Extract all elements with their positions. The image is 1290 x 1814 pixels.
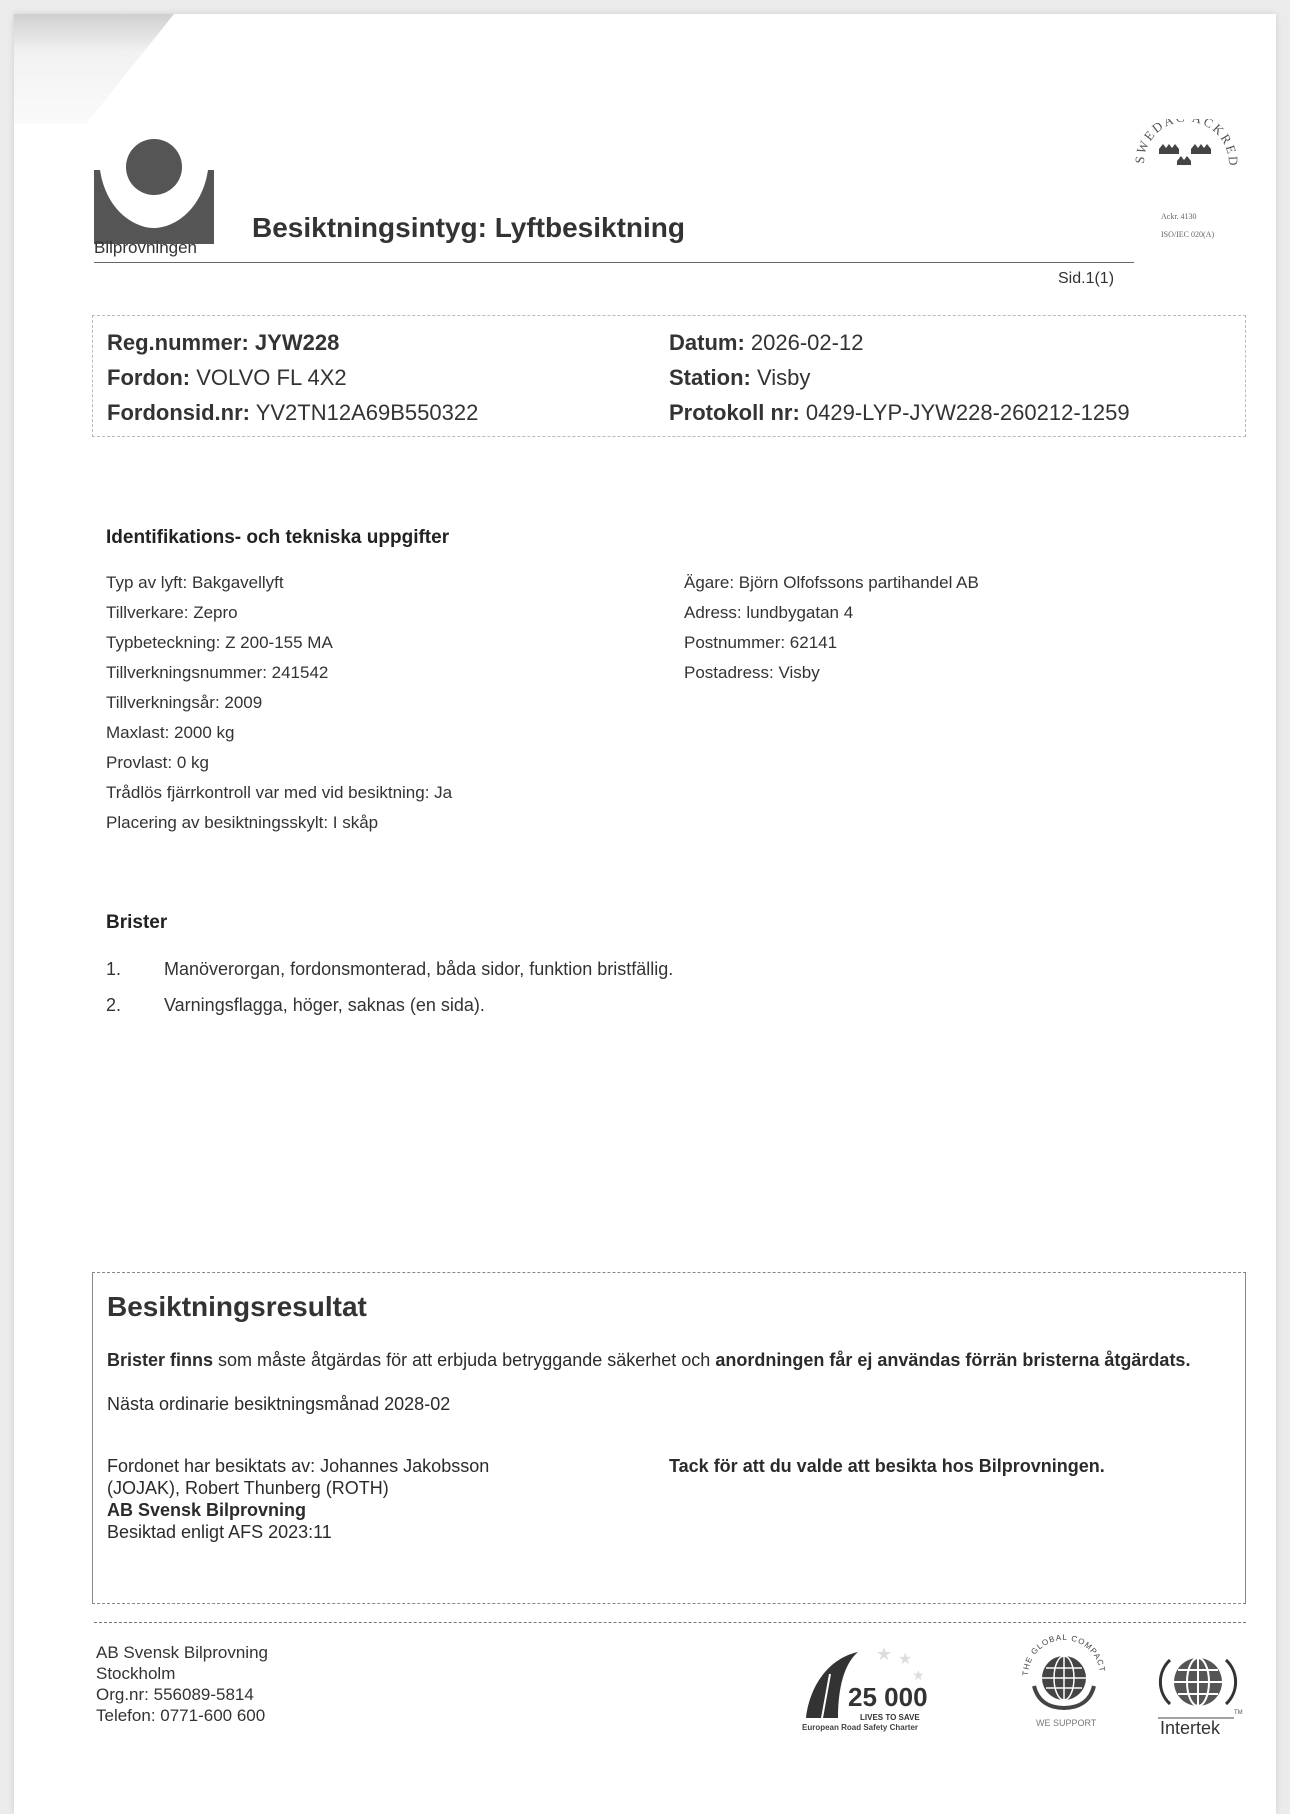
- thanks-text: Tack för att du valde att besikta hos Bi…: [669, 1455, 1105, 1477]
- vin-value: YV2TN12A69B550322: [256, 400, 479, 425]
- footer-org-number: Org.nr: 556089-5814: [96, 1684, 254, 1705]
- vin-field: Fordonsid.nr: YV2TN12A69B550322: [107, 400, 478, 426]
- technical-heading: Identifikations- och tekniska uppgifter: [106, 527, 449, 549]
- defect-text: Varningsflagga, höger, saknas (en sida).: [164, 995, 485, 1016]
- reg-label: Reg.nummer:: [107, 330, 249, 355]
- inspectors-line2: (JOJAK), Robert Thunberg (ROTH): [107, 1477, 389, 1499]
- station-value: Visby: [757, 365, 810, 390]
- technical-item: Tillverkare: Zepro: [106, 603, 238, 623]
- result-heading: Besiktningsresultat: [107, 1291, 367, 1323]
- road-safety-charter-badge: ★★★ 25 000 LIVES TO SAVE European Road S…: [800, 1634, 960, 1734]
- inspection-company: AB Svensk Bilprovning: [107, 1499, 306, 1521]
- station-field: Station: Visby: [669, 365, 810, 391]
- technical-item: Typbeteckning: Z 200-155 MA: [106, 633, 333, 653]
- reg-value: JYW228: [255, 330, 339, 355]
- swedac-seal-icon: SWEDAC ACKREDITERING Ackr. 4130 ISO/IEC …: [1129, 119, 1244, 254]
- protocol-label: Protokoll nr:: [669, 400, 800, 425]
- svg-text:TM: TM: [1234, 1710, 1243, 1716]
- svg-text:European Road Safety Charter: European Road Safety Charter: [802, 1723, 918, 1732]
- header-divider: [94, 262, 1134, 263]
- logo-text: Bilprovningen: [94, 238, 197, 258]
- station-label: Station:: [669, 365, 751, 390]
- result-box: Besiktningsresultat Brister finns som må…: [92, 1272, 1246, 1604]
- svg-text:25 000: 25 000: [848, 1682, 928, 1712]
- page-fold: [14, 14, 174, 124]
- technical-item: Tillverkningsnummer: 241542: [106, 663, 328, 683]
- svg-text:Intertek: Intertek: [1160, 1718, 1221, 1736]
- date-field: Datum: 2026-02-12: [669, 330, 863, 356]
- date-label: Datum:: [669, 330, 745, 355]
- owner-item: Postnummer: 62141: [684, 633, 837, 653]
- technical-item: Tillverkningsår: 2009: [106, 693, 262, 713]
- svg-text:★: ★: [912, 1667, 925, 1683]
- date-value: 2026-02-12: [751, 330, 864, 355]
- owner-item: Postadress: Visby: [684, 663, 820, 683]
- result-bold-defects: Brister finns: [107, 1350, 213, 1370]
- vehicle-value: VOLVO FL 4X2: [196, 365, 346, 390]
- footer-city: Stockholm: [96, 1663, 175, 1684]
- result-bold-usage: anordningen får ej användas förrän brist…: [715, 1350, 1190, 1370]
- defect-number: 1.: [106, 959, 121, 980]
- result-statement: Brister finns som måste åtgärdas för att…: [107, 1349, 1217, 1371]
- defects-heading: Brister: [106, 912, 167, 934]
- regulation: Besiktad enligt AFS 2023:11: [107, 1521, 332, 1543]
- defect-text: Manöverorgan, fordonsmonterad, båda sido…: [164, 959, 673, 980]
- page-indicator: Sid.1(1): [1058, 270, 1114, 288]
- intertek-badge: TM Intertek: [1148, 1626, 1248, 1736]
- footer-company: AB Svensk Bilprovning: [96, 1642, 268, 1663]
- technical-item: Placering av besiktningsskylt: I skåp: [106, 813, 378, 833]
- document-page: Bilprovningen Besiktningsintyg: Lyftbesi…: [14, 14, 1276, 1814]
- owner-item: Ägare: Björn Olfofssons partihandel AB: [684, 573, 979, 593]
- defect-number: 2.: [106, 995, 121, 1016]
- vehicle-info-box: Reg.nummer: JYW228 Fordon: VOLVO FL 4X2 …: [92, 315, 1246, 437]
- technical-item: Typ av lyft: Bakgavellyft: [106, 573, 284, 593]
- logo-circle-icon: [126, 139, 182, 195]
- technical-item: Trådlös fjärrkontroll var med vid besikt…: [106, 783, 452, 803]
- svg-text:★: ★: [898, 1651, 912, 1668]
- result-text: som måste åtgärdas för att erbjuda betry…: [213, 1350, 715, 1370]
- owner-item: Adress: lundbygatan 4: [684, 603, 853, 623]
- inspectors-line1: Fordonet har besiktats av: Johannes Jako…: [107, 1455, 489, 1477]
- technical-item: Maxlast: 2000 kg: [106, 723, 235, 743]
- vin-label: Fordonsid.nr:: [107, 400, 250, 425]
- global-compact-badge: THE GLOBAL COMPACT WE SUPPORT: [1014, 1626, 1114, 1736]
- technical-item: Provlast: 0 kg: [106, 753, 209, 773]
- vehicle-label: Fordon:: [107, 365, 190, 390]
- svg-text:WE SUPPORT: WE SUPPORT: [1036, 1718, 1097, 1728]
- vehicle-field: Fordon: VOLVO FL 4X2: [107, 365, 347, 391]
- svg-text:LIVES TO SAVE: LIVES TO SAVE: [860, 1713, 920, 1722]
- svg-text:ISO/IEC 020(A): ISO/IEC 020(A): [1161, 230, 1214, 239]
- protocol-field: Protokoll nr: 0429-LYP-JYW228-260212-125…: [669, 400, 1159, 426]
- svg-text:★: ★: [876, 1644, 892, 1664]
- footer-phone: Telefon: 0771-600 600: [96, 1705, 265, 1726]
- svg-text:Ackr. 4130: Ackr. 4130: [1161, 212, 1197, 221]
- document-title: Besiktningsintyg: Lyftbesiktning: [252, 212, 685, 244]
- protocol-value: 0429-LYP-JYW228-260212-1259: [806, 400, 1130, 425]
- next-inspection: Nästa ordinarie besiktningsmånad 2028-02: [107, 1393, 450, 1415]
- reg-number-field: Reg.nummer: JYW228: [107, 330, 339, 356]
- footer-divider: [94, 1622, 1246, 1623]
